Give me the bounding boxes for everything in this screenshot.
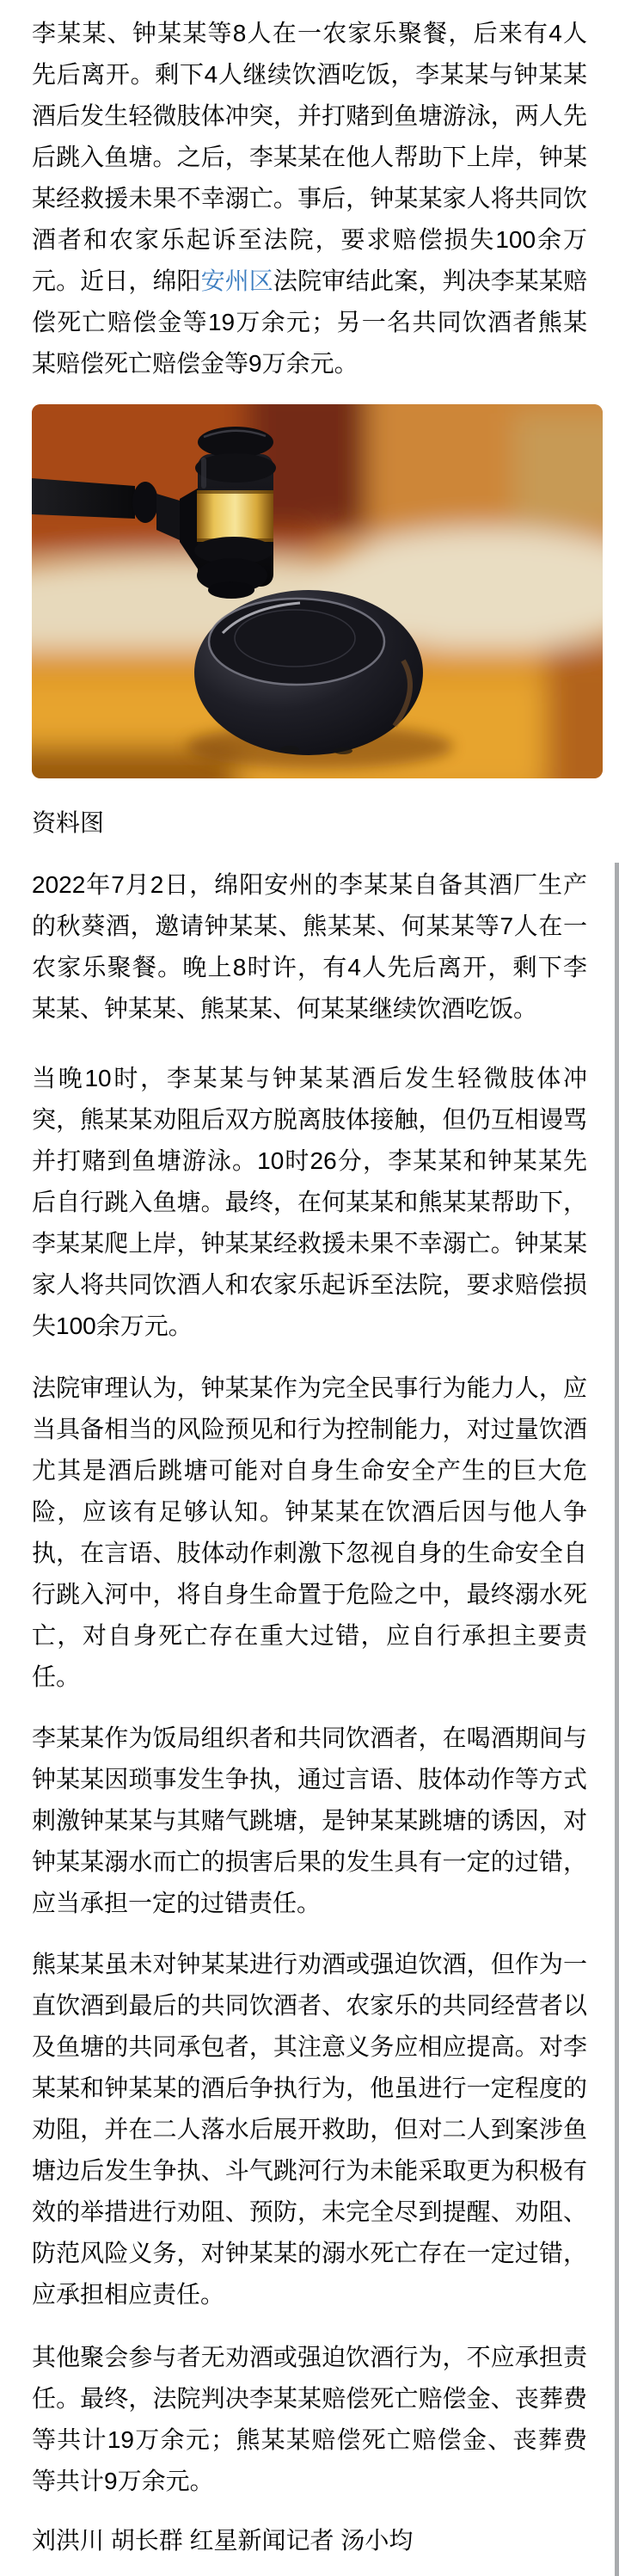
article-figure [32,404,603,778]
lead-paragraph: 李某某、钟某某等8人在一农家乐聚餐，后来有4人先后离开。剩下4人继续饮酒吃饭，李… [32,13,587,384]
body-paragraph-6: 其他聚会参与者无劝酒或强迫饮酒行为，不应承担责任。最终，法院判决李某某赔偿死亡赔… [32,2337,587,2502]
body-paragraph-4: 李某某作为饭局组织者和共同饮酒者，在喝酒期间与钟某某因琐事发生争执，通过言语、肢… [32,1718,587,1924]
scrollbar-thumb[interactable] [615,863,619,2576]
gavel-illustration [32,404,603,778]
body-paragraph-2: 当晚10时，李某某与钟某某酒后发生轻微肢体冲突，熊某某劝阻后双方脱离肢体接触，但… [32,1058,587,1347]
body-paragraph-3: 法院审理认为，钟某某作为完全民事行为能力人，应当具备相当的风险预见和行为控制能力… [32,1368,587,1698]
lead-text-before-link: 李某某、钟某某等8人在一农家乐聚餐，后来有4人先后离开。剩下4人继续饮酒吃饭，李… [32,20,587,294]
image-caption: 资料图 [32,802,587,844]
body-paragraph-5: 熊某某虽未对钟某某进行劝酒或强迫饮酒，但作为一直饮酒到最后的共同饮酒者、农家乐的… [32,1944,587,2315]
article-page: 李某某、钟某某等8人在一农家乐聚餐，后来有4人先后离开。剩下4人继续饮酒吃饭，李… [0,0,619,2576]
gavel-photo[interactable] [32,404,603,778]
anzhou-district-link[interactable]: 安州区 [201,267,273,294]
body-paragraph-1: 2022年7月2日，绵阳安州的李某某自备其酒厂生产的秋葵酒，邀请钟某某、熊某某、… [32,864,587,1030]
byline: 刘洪川 胡长群 红星新闻记者 汤小均 [32,2520,587,2561]
